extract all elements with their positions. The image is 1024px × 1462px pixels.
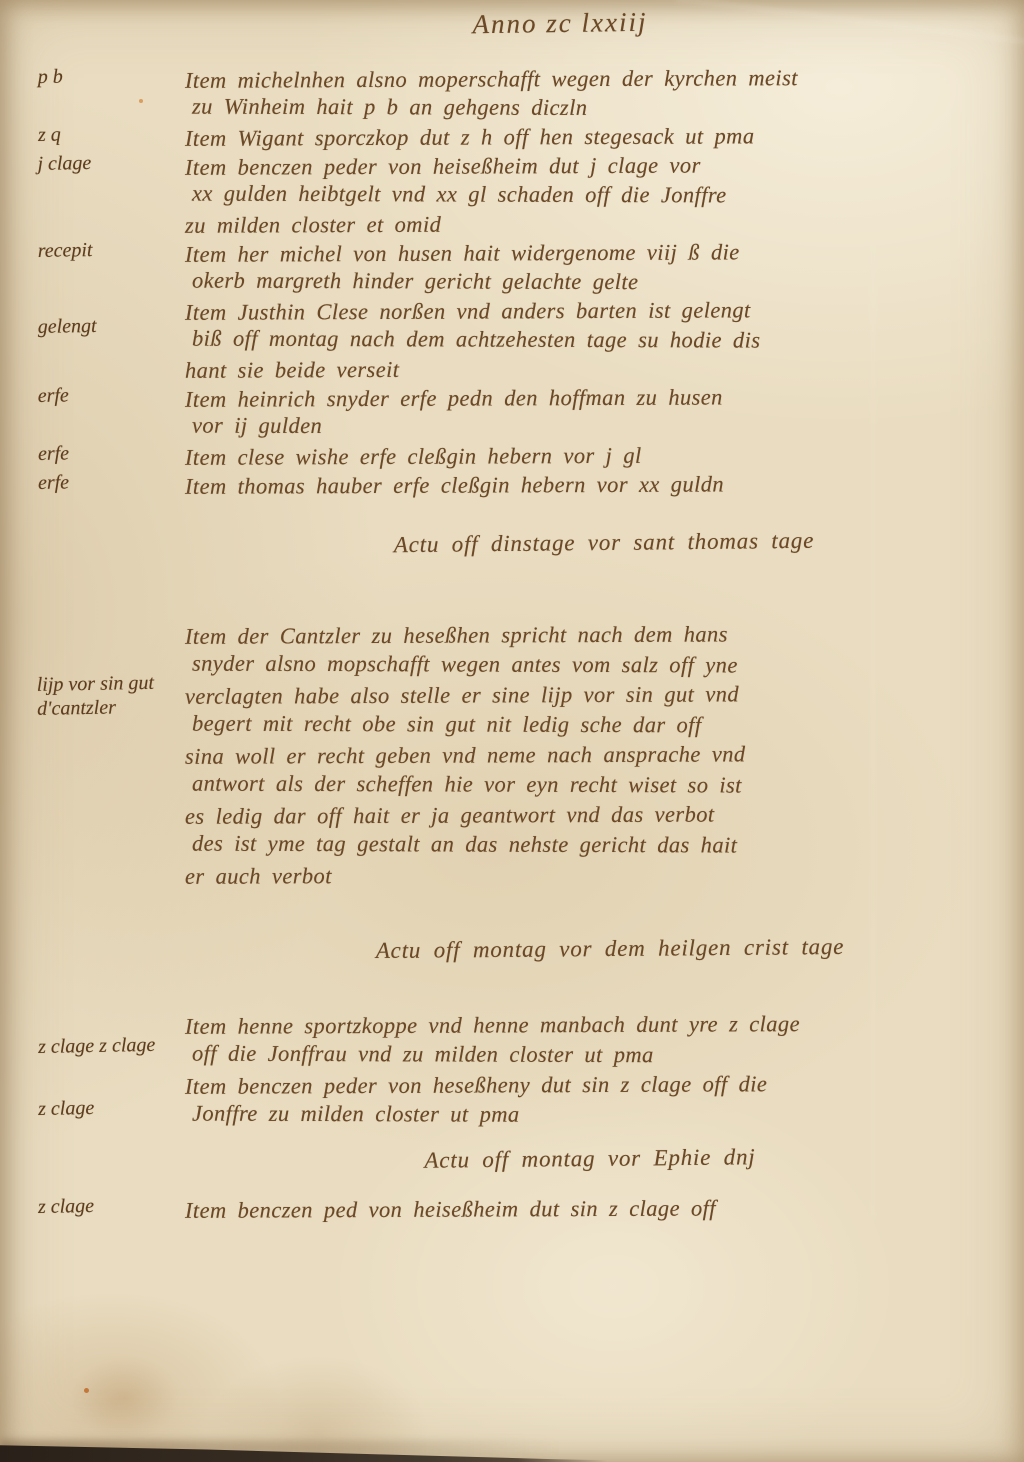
margin-note: j clage [0, 149, 186, 239]
manuscript-line: Item benczen peder von heseßheny dut sin… [185, 1068, 1010, 1102]
manuscript-line: begert mit recht obe sin gut nit ledig s… [185, 709, 1010, 742]
manuscript-line: okerb margreth hinder gericht gelachte g… [185, 266, 1010, 298]
paper-stain [70, 1355, 180, 1440]
margin-note: erfe [0, 381, 185, 442]
entry: lijp vor sin gut d'cantzler Item der Can… [0, 620, 1010, 890]
manuscript-line: snyder alsno mopschafft wegen antes vom … [185, 649, 1010, 682]
dateline-christmas: Actu off montag vor dem heilgen crist ta… [98, 932, 1024, 967]
manuscript-line: antwort als der scheffen hie vor eyn rec… [185, 769, 1010, 802]
margin-note: recepit [0, 236, 185, 297]
margin-note: z q [0, 120, 185, 152]
manuscript-line: xx gulden heibtgelt vnd xx gl schaden of… [185, 179, 1010, 211]
stain-speck [139, 99, 143, 103]
margin-note: z clage [0, 1068, 186, 1131]
manuscript-line: Item her michel von husen hait widergeno… [185, 236, 1010, 269]
manuscript-line: er auch verbot [185, 858, 1010, 892]
manuscript-line: zu milden closter et omid [185, 207, 1010, 240]
entry: z clage Item benczen peder von heseßheny… [0, 1070, 1010, 1130]
manuscript-line: off die Jonffrau vnd zu milden closter u… [185, 1039, 1010, 1072]
entry: z clage z clage Item henne sportzkoppe v… [0, 1010, 1010, 1070]
entry: recepit Item her michel von husen hait w… [0, 238, 1010, 296]
margin-note: p b [0, 62, 185, 123]
manuscript-line: hant sie beide verseit [185, 352, 1010, 385]
manuscript-line: vor ij gulden [185, 411, 1010, 443]
margin-note: erfe [0, 439, 185, 471]
margin-note: gelengt [0, 294, 186, 384]
manuscript-line: Item michelnhen alsno moperschafft wegen… [185, 62, 1010, 95]
entry: z q Item Wigant sporczkop dut z h off he… [0, 122, 1010, 151]
entry-block-2: lijp vor sin gut d'cantzler Item der Can… [0, 620, 1010, 890]
dateline-epiphany: Actu off montag vor Ephie dnj [78, 1141, 1024, 1178]
manuscript-line: Jonffre zu milden closter ut pma [185, 1099, 1010, 1132]
margin-note: z clage [0, 1192, 185, 1224]
margin-note: lijp vor sin gut d'cantzler [0, 618, 178, 891]
manuscript-line: Item heinrich snyder erfe pedn den hoffm… [185, 381, 1010, 414]
entry: erfe Item heinrich snyder erfe pedn den … [0, 383, 1010, 441]
entry-block-3: z clage z clage Item henne sportzkoppe v… [0, 1010, 1010, 1130]
entry: p b Item michelnhen alsno moperschafft w… [0, 64, 1010, 122]
manuscript-line: Item henne sportzkoppe vnd henne manbach… [185, 1008, 1010, 1042]
manuscript-line: sina woll er recht geben vnd neme nach a… [185, 738, 1010, 772]
margin-note: z clage z clage [0, 1008, 186, 1071]
fold-crease [967, 120, 969, 1320]
entry: gelengt Item Justhin Clese norßen vnd an… [0, 296, 1010, 383]
manuscript-line: Item benczen peder von heiseßheim dut j … [185, 149, 1010, 182]
manuscript-line: es ledig dar off hait er ja geantwort vn… [185, 798, 1010, 832]
fold-crease [872, 240, 874, 1220]
manuscript-line: Item thomas hauber erfe cleßgin hebern v… [185, 468, 1010, 501]
entry: erfe Item thomas hauber erfe cleßgin heb… [0, 470, 1010, 499]
entry-block-4: z clage Item benczen ped von heiseßheim … [0, 1194, 1010, 1223]
manuscript-line: Item clese wishe erfe cleßgin hebern vor… [185, 439, 1010, 472]
dateline-st-thomas: Actu off dinstage vor sant thomas tage [92, 525, 1024, 562]
entry: erfe Item clese wishe erfe cleßgin heber… [0, 441, 1010, 470]
margin-note: erfe [0, 468, 185, 500]
manuscript-line: Item der Cantzler zu heseßhen spricht na… [185, 618, 1010, 652]
manuscript-line: biß off montag nach dem achtzehesten tag… [185, 324, 1010, 356]
stain-speck [84, 1388, 89, 1393]
manuscript-line: verclagten habe also stelle er sine lijp… [185, 678, 1010, 712]
manuscript-line: Item Wigant sporczkop dut z h off hen st… [185, 120, 1010, 153]
manuscript-line: zu Winheim hait p b an gehgens diczln [185, 92, 1010, 124]
manuscript-line: Item Justhin Clese norßen vnd anders bar… [185, 294, 1010, 327]
entry: z clage Item benczen ped von heiseßheim … [0, 1194, 1010, 1223]
entry: j clage Item benczen peder von heiseßhei… [0, 151, 1010, 238]
manuscript-line: Item benczen ped von heiseßheim dut sin … [185, 1192, 1010, 1225]
entry-block-1: p b Item michelnhen alsno moperschafft w… [0, 64, 1010, 499]
manuscript-page: Anno zc lxxiij p b Item michelnhen alsno… [0, 0, 1024, 1462]
manuscript-line: des ist yme tag gestalt an das nehste ge… [185, 829, 1010, 862]
